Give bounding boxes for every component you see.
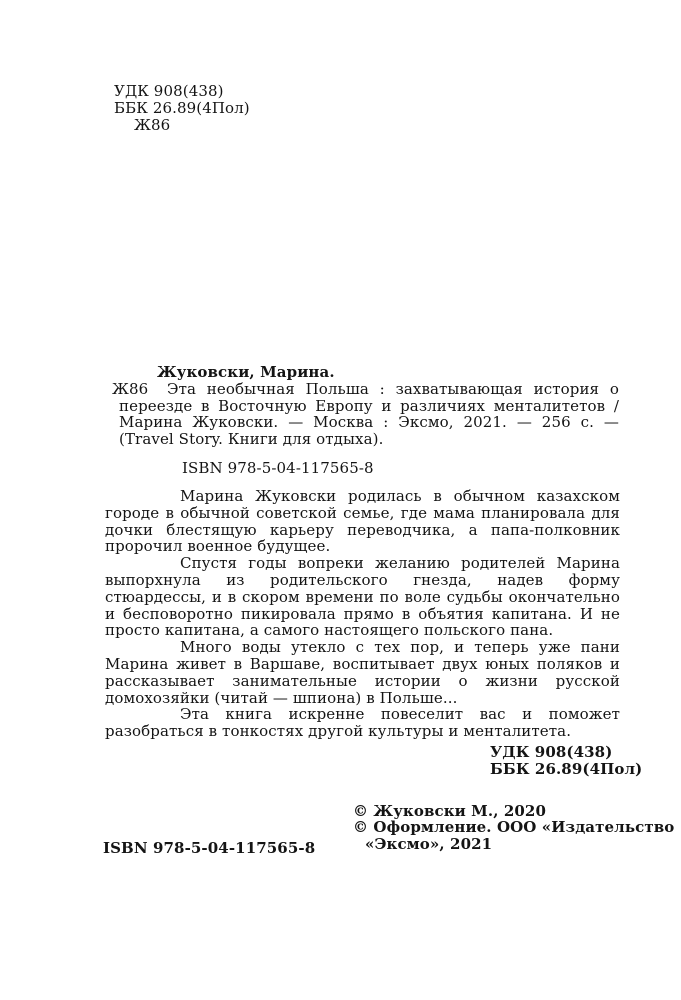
imprint-page: УДК 908(438) ББК 26.89(4Пол) Ж86 Жуковск… <box>0 0 681 1000</box>
bottom-bbk-line: ББК 26.89(4Пол) <box>490 761 642 778</box>
author-code-label: Ж86 <box>112 381 148 398</box>
top-bbk-line: ББК 26.89(4Пол) <box>114 100 250 117</box>
top-udc-line: УДК 908(438) <box>114 83 250 100</box>
author-heading: Жуковски, Марина. <box>119 364 619 381</box>
annotation-paragraph: Марина Жуковски родилась в обычном казах… <box>105 488 620 555</box>
annotation-block: Марина Жуковски родилась в обычном казах… <box>105 488 620 740</box>
annotation-paragraph: Спустя годы вопреки желанию родителей Ма… <box>105 555 620 639</box>
bottom-udc-line: УДК 908(438) <box>490 744 642 761</box>
isbn-bottom-line: ISBN 978-5-04-117565-8 <box>103 840 315 857</box>
copyright-publisher-line-2: «Эксмо», 2021 <box>353 836 674 852</box>
bottom-classification-block: УДК 908(438) ББК 26.89(4Пол) <box>490 744 642 778</box>
isbn-record-line: ISBN 978-5-04-117565-8 <box>182 460 374 477</box>
copyright-publisher-line: © Оформление. ООО «Издательство <box>353 819 674 835</box>
top-classification-block: УДК 908(438) ББК 26.89(4Пол) Ж86 <box>114 83 250 133</box>
annotation-paragraph: Эта книга искренне повеселит вас и помож… <box>105 706 620 740</box>
copyright-author-line: © Жуковски М., 2020 <box>353 803 674 819</box>
bibliographic-record: Эта необычная Польша : захватывающая ист… <box>119 381 619 448</box>
top-author-code: Ж86 <box>114 117 250 134</box>
copyright-block: © Жуковски М., 2020 © Оформление. ООО «И… <box>353 803 674 852</box>
record-wrap: Ж86 Эта необычная Польша : захватывающая… <box>119 381 619 448</box>
annotation-paragraph: Много воды утекло с тех пор, и теперь уж… <box>105 639 620 706</box>
bibliographic-record-block: Жуковски, Марина. Ж86 Эта необычная Поль… <box>119 364 619 448</box>
